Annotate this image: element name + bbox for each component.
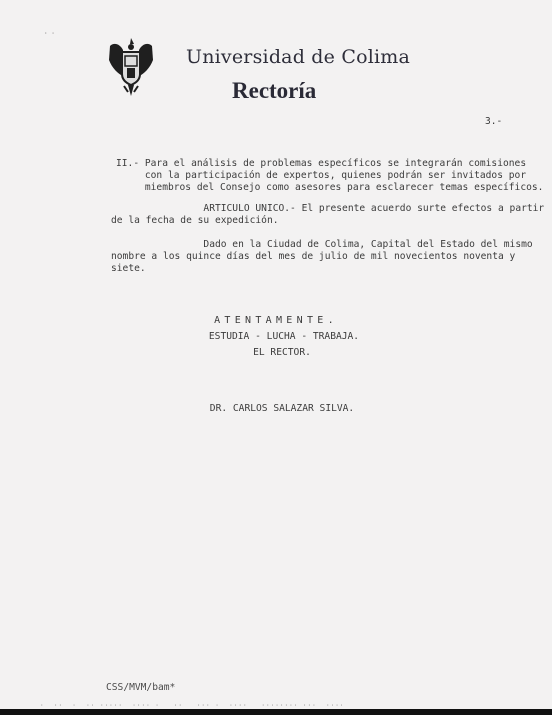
page-number: 3.- bbox=[485, 116, 502, 127]
motto-text: ESTUDIA - LUCHA - TRABAJA. bbox=[8, 331, 552, 342]
articulo-unico-paragraph: ARTICULO UNICO.- El presente acuerdo sur… bbox=[111, 203, 544, 227]
scan-edge-bar bbox=[0, 709, 552, 715]
signer-title: EL RECTOR. bbox=[6, 347, 552, 358]
signer-name: DR. CARLOS SALAZAR SILVA. bbox=[6, 403, 552, 414]
university-crest-icon bbox=[106, 36, 156, 98]
university-name: Universidad de Colima bbox=[186, 46, 410, 68]
dado-en-paragraph: Dado en la Ciudad de Colima, Capital del… bbox=[111, 239, 533, 276]
reference-initials: CSS/MVM/bam* bbox=[106, 682, 175, 693]
scan-mark: · · bbox=[44, 30, 55, 37]
document-page: · · Universidad de Colima Rectoría 3.- I… bbox=[0, 0, 552, 709]
item-ii-paragraph: II.- Para el análisis de problemas espec… bbox=[116, 158, 543, 195]
closing-text: ATENTAMENTE. bbox=[0, 315, 552, 326]
fax-header-noise: · ·· · ·· ····· ···· · ·· ··· · ···· ···… bbox=[40, 702, 344, 709]
office-title: Rectoría bbox=[232, 78, 316, 104]
